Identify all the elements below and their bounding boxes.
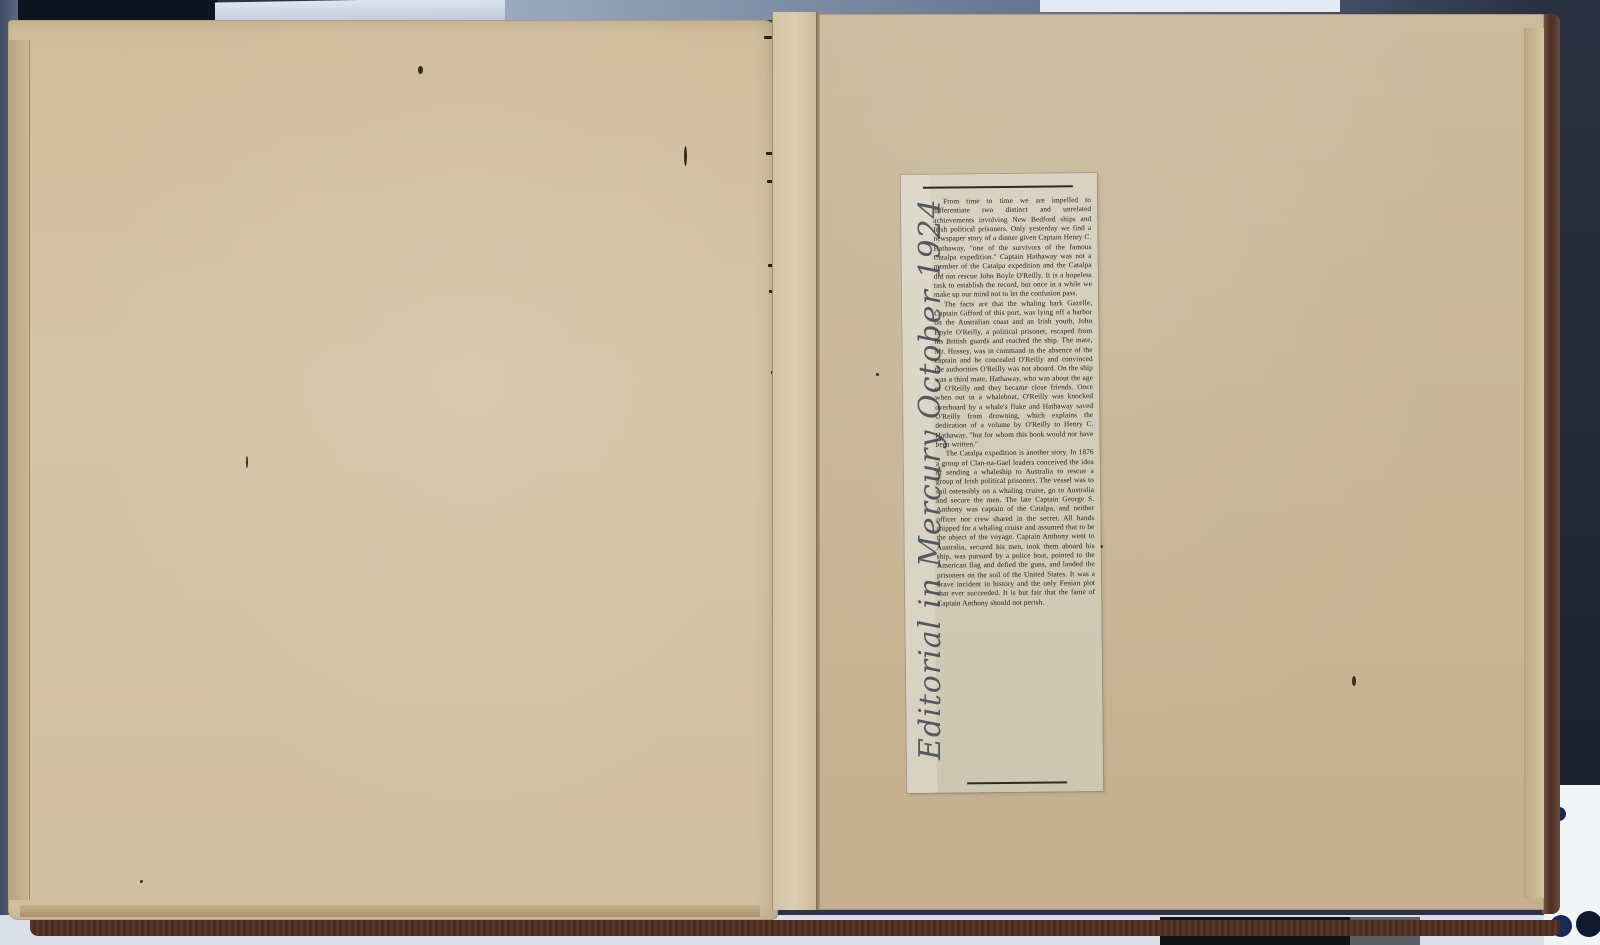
clipping-text: From time to time we are impelled to dif… — [933, 195, 1095, 608]
clipping-bottom-rule — [967, 781, 1067, 784]
left-page — [8, 20, 778, 920]
clipping-top-rule — [923, 185, 1073, 189]
paper-speck — [418, 66, 423, 74]
paper-speck — [246, 456, 248, 468]
binding-stitch — [764, 36, 772, 39]
clipping-paragraph: From time to time we are impelled to dif… — [933, 195, 1092, 299]
left-page-bottom-edges — [20, 905, 760, 917]
book-cover-right-edge — [1542, 14, 1560, 914]
right-page-stacked-edges — [1524, 28, 1544, 898]
binding-stub — [772, 12, 816, 910]
background-top-white — [1040, 0, 1340, 12]
handwritten-annotation: Editorial in Mercury October 1924 — [913, 198, 948, 760]
paper-speck — [1352, 676, 1356, 686]
paper-speck — [684, 146, 687, 166]
left-page-stacked-edges — [8, 40, 30, 900]
paper-speck — [876, 373, 879, 376]
book-cover-bottom-edge — [30, 920, 1560, 936]
paper-speck — [140, 880, 143, 883]
calibration-dot — [1576, 911, 1600, 937]
clipping-paragraph: The facts are that the whaling bark Gaze… — [934, 298, 1094, 449]
clipping-paragraph: The Catalpa expedition is another story.… — [936, 447, 1096, 607]
